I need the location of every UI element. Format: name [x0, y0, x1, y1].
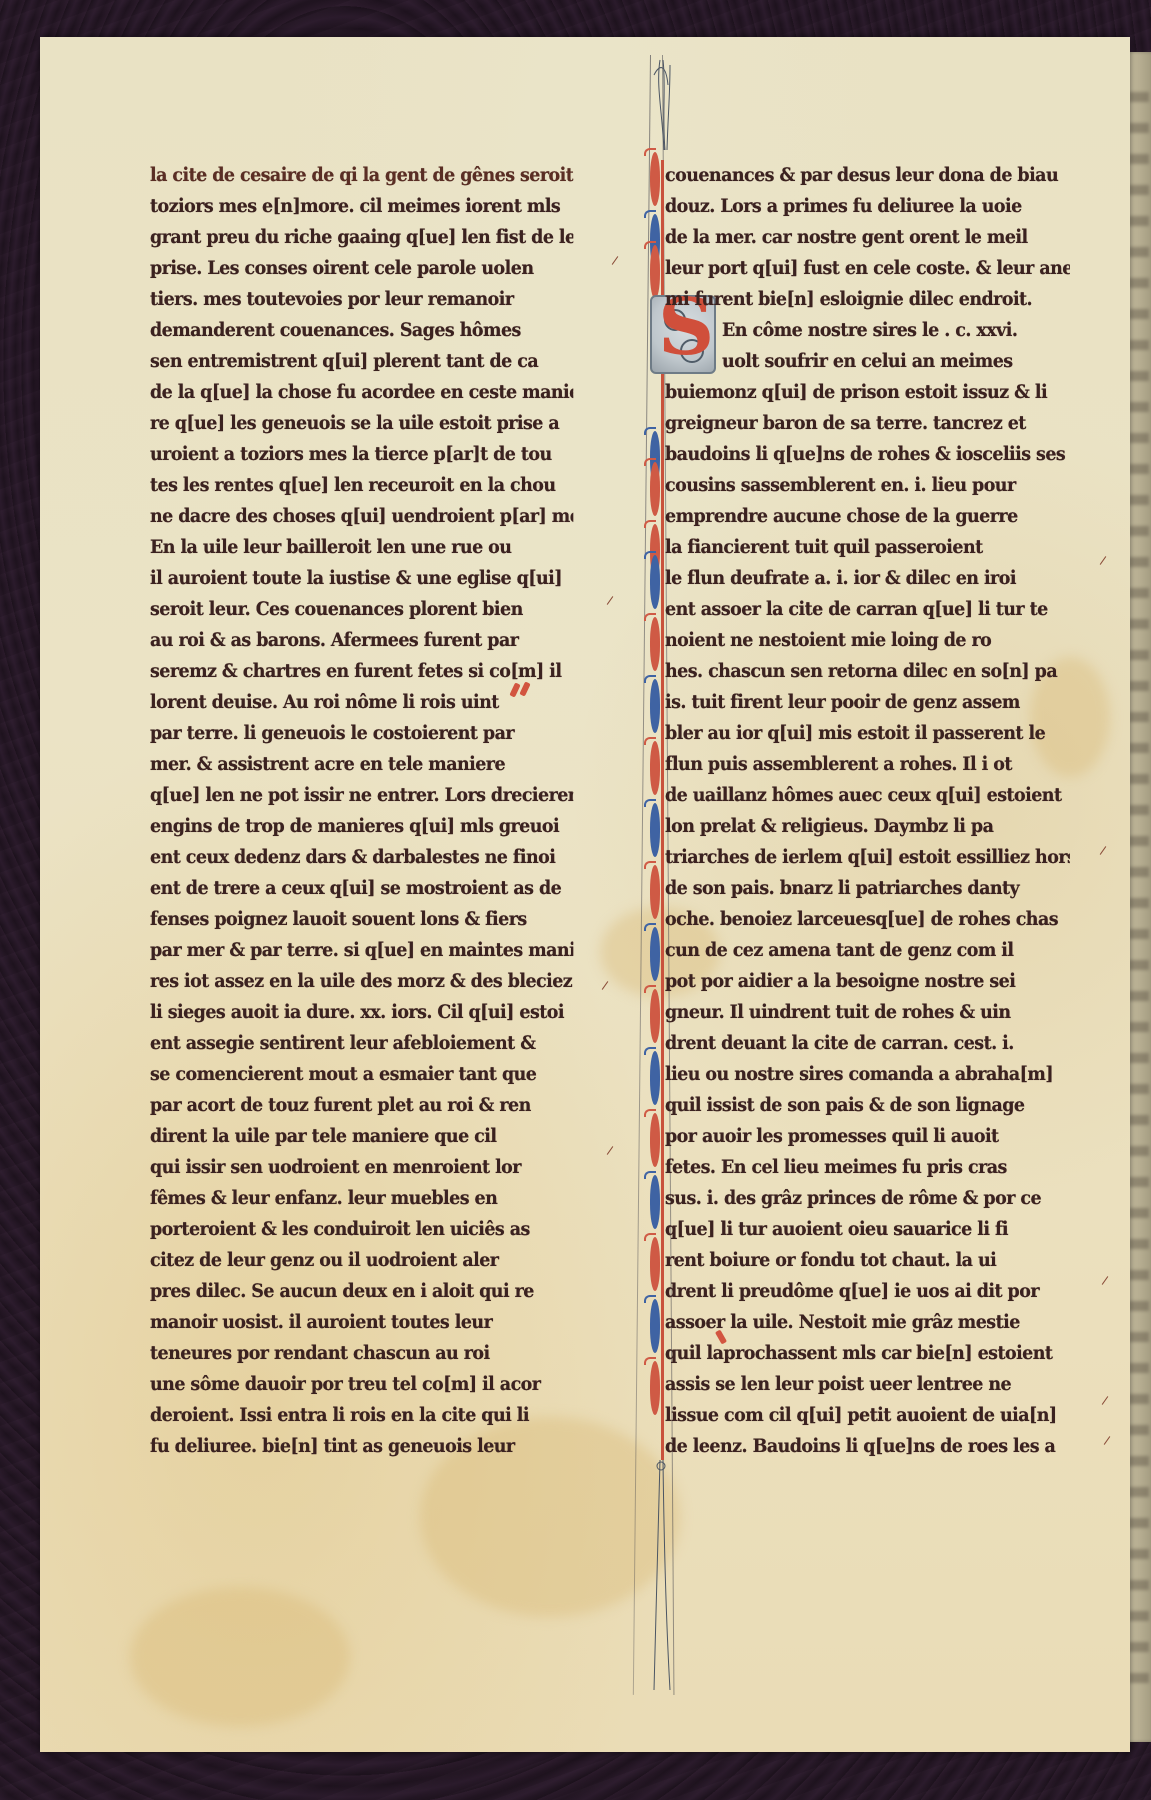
text-line: teneures por rendant chascun au roi	[150, 1338, 573, 1369]
paragraph-mark	[650, 555, 660, 609]
text-line: res iot assez en la uile des morz & des …	[150, 966, 573, 997]
pen-flourish-icon	[644, 210, 656, 218]
text-line: uroient a toziors mes la tierce p[ar]t d…	[150, 439, 573, 470]
text-line: fetes. En cel lieu meimes fu pris cras	[665, 1152, 1070, 1183]
pen-flourish-icon	[644, 613, 656, 621]
text-line: seroit leur. Ces couenances plorent bien	[150, 594, 573, 625]
text-line: le flun deufrate a. i. ior & dilec en ir…	[665, 563, 1070, 594]
text-line: En côme nostre sires le . c. xxvi.	[665, 315, 1070, 346]
pen-flourish-icon	[644, 1171, 656, 1179]
paragraph-mark	[650, 1237, 660, 1291]
text-line: pot por aidier a la besoigne nostre sei	[665, 966, 1070, 997]
text-column-b: couenances & par desus leur dona de biau…	[665, 160, 1105, 1462]
text-line: grant preu du riche gaaing q[ue] len fis…	[150, 222, 573, 253]
text-line: par mer & par terre. si q[ue] en maintes…	[150, 935, 573, 966]
text-line: couenances & par desus leur dona de biau	[665, 160, 1070, 191]
text-line: rent boiure or fondu tot chaut. la ui	[665, 1245, 1070, 1276]
text-line: En la uile leur bailleroit len une rue o…	[150, 532, 573, 563]
text-line: engins de trop de manieres q[ui] mls gre…	[150, 811, 573, 842]
text-line: de la mer. car nostre gent orent le meil	[665, 222, 1070, 253]
paragraph-mark	[650, 865, 660, 919]
text-line: hes. chascun sen retorna dilec en so[n] …	[665, 656, 1070, 687]
text-line: uolt soufrir en celui an meimes	[665, 346, 1070, 377]
text-line: de leenz. Baudoins li q[ue]ns de roes le…	[665, 1431, 1070, 1462]
text-line: tiers. mes toutevoies por leur remanoir	[150, 284, 573, 315]
text-line: deroient. Issi entra li rois en la cite …	[150, 1400, 573, 1431]
text-line: quil laprochassent mls car bie[n] estoie…	[665, 1338, 1070, 1369]
pen-flourish-icon	[644, 1109, 656, 1117]
text-line: ne dacre des choses q[ui] uendroient p[a…	[150, 501, 573, 532]
text-line: re q[ue] les geneuois se la uile estoit …	[150, 408, 573, 439]
text-line: porteroient & les conduiroit len uiciês …	[150, 1214, 573, 1245]
text-line: citez de leur genz ou il uodroient aler	[150, 1245, 573, 1276]
pen-flourish-icon	[644, 1233, 656, 1241]
paragraph-mark	[650, 1299, 660, 1353]
text-line: drent deuant la cite de carran. cest. i.	[665, 1028, 1070, 1059]
text-line: gneur. Il uindrent tuit de rohes & uin	[665, 997, 1070, 1028]
paragraph-mark	[650, 927, 660, 981]
pen-flourish-icon	[644, 1047, 656, 1055]
text-line: emprendre aucune chose de la guerre	[665, 501, 1070, 532]
text-line: mi furent bie[n] esloignie dilec endroit…	[665, 284, 1070, 315]
text-line: de uaillanz hômes auec ceux q[ui] estoie…	[665, 780, 1070, 811]
text-line: de son pais. bnarz li patriarches danty	[665, 873, 1070, 904]
text-line: greigneur baron de sa terre. tancrez et	[665, 408, 1070, 439]
text-line: drent li preudôme q[ue] ie uos ai dit po…	[665, 1276, 1070, 1307]
text-line: mer. & assistrent acre en tele maniere	[150, 749, 573, 780]
text-line: ent assoer la cite de carran q[ue] li tu…	[665, 594, 1070, 625]
text-line: la fiancierent tuit quil passeroient	[665, 532, 1070, 563]
text-column-a: la cite de cesaire de qi la gent de gêne…	[150, 160, 610, 1462]
paragraph-mark	[650, 462, 660, 516]
show-through-text	[1129, 92, 1149, 1692]
text-line: qui issir sen uodroient en menroient lor	[150, 1152, 573, 1183]
paragraph-mark	[650, 1113, 660, 1167]
text-line: cun de cez amena tant de genz com il	[665, 935, 1070, 966]
text-line: q[ue] len ne pot issir ne entrer. Lors d…	[150, 780, 573, 811]
text-line: de la q[ue] la chose fu acordee en ceste…	[150, 377, 573, 408]
text-line: se comencierent mout a esmaier tant que	[150, 1059, 573, 1090]
text-line: flun puis assemblerent a rohes. Il i ot	[665, 749, 1070, 780]
text-line: tes les rentes q[ue] len receuroit en la…	[150, 470, 573, 501]
pen-flourish-icon	[644, 148, 656, 156]
text-line: triarches de ierlem q[ui] estoit essilli…	[665, 842, 1070, 873]
text-line: demanderent couenances. Sages hômes	[150, 315, 573, 346]
text-line: ent de trere a ceux q[ui] se mostroient …	[150, 873, 573, 904]
text-line: toziors mes e[n]more. cil meimes iorent …	[150, 191, 573, 222]
text-line: par acort de touz furent plet au roi & r…	[150, 1090, 573, 1121]
text-line: fenses poignez lauoit souent lons & fier…	[150, 904, 573, 935]
text-line: quil issist de son pais & de son lignage	[665, 1090, 1070, 1121]
text-line: fêmes & leur enfanz. leur muebles en	[150, 1183, 573, 1214]
paragraph-mark	[650, 1361, 660, 1415]
paragraph-mark	[650, 989, 660, 1043]
pen-flourish-icon	[644, 551, 656, 559]
text-line: baudoins li q[ue]ns de rohes & iosceliis…	[665, 439, 1070, 470]
text-line: noient ne nestoient mie loing de ro	[665, 625, 1070, 656]
text-line: douz. Lors a primes fu deliuree la uoie	[665, 191, 1070, 222]
pen-flourish-icon	[644, 1295, 656, 1303]
pen-flourish-icon	[644, 520, 656, 528]
pen-flourish-icon	[644, 861, 656, 869]
text-line: ent assegie sentirent leur afebloiement …	[150, 1028, 573, 1059]
text-line: oche. benoiez larceuesq[ue] de rohes cha…	[665, 904, 1070, 935]
text-line: cousins sassemblerent en. i. lieu pour	[665, 470, 1070, 501]
text-line: bler au ior q[ui] mis estoit il passeren…	[665, 718, 1070, 749]
text-line: lissue com cil q[ui] petit auoient de ui…	[665, 1400, 1070, 1431]
text-line: manoir uosist. il auroient toutes leur	[150, 1307, 573, 1338]
paragraph-mark	[650, 741, 660, 795]
text-line: buiemonz q[ui] de prison estoit issuz & …	[665, 377, 1070, 408]
text-line: assis se len leur poist ueer lentree ne	[665, 1369, 1070, 1400]
parchment-stain	[130, 1587, 350, 1727]
text-line: la cite de cesaire de qi la gent de gêne…	[150, 160, 573, 191]
paragraph-mark	[650, 1175, 660, 1229]
text-line: lieu ou nostre sires comanda a abraha[m]	[665, 1059, 1070, 1090]
text-line: leur port q[ui] fust en cele coste. & le…	[665, 253, 1070, 284]
text-line: prise. Les conses oirent cele parole uol…	[150, 253, 573, 284]
text-line: lon prelat & religieus. Daymbz li pa	[665, 811, 1070, 842]
paragraph-mark	[650, 617, 660, 671]
pen-flourish-icon	[652, 1460, 672, 1690]
pen-flourish-icon	[644, 241, 656, 249]
text-line: sus. i. des grâz princes de rôme & por c…	[665, 1183, 1070, 1214]
pen-flourish-icon	[644, 923, 656, 931]
text-line: pres dilec. Se aucun deux en i aloit qui…	[150, 1276, 573, 1307]
text-line: une sôme dauoir por treu tel co[m] il ac…	[150, 1369, 573, 1400]
text-line: assoer la uile. Nestoit mie grâz mestie	[665, 1307, 1070, 1338]
text-line: il auroient toute la iustise & une eglis…	[150, 563, 573, 594]
text-line: dirent la uile par tele maniere que cil	[150, 1121, 573, 1152]
pen-flourish-icon	[644, 675, 656, 683]
text-line: par terre. li geneuois le costoierent pa…	[150, 718, 573, 749]
text-line: por auoir les promesses quil li auoit	[665, 1121, 1070, 1152]
text-line: au roi & as barons. Afermees furent par	[150, 625, 573, 656]
pen-flourish-icon	[644, 1357, 656, 1365]
pen-flourish-icon	[644, 458, 656, 466]
text-line: ent ceux dedenz dars & darbalestes ne fi…	[150, 842, 573, 873]
text-line: is. tuit firent leur pooir de genz assem	[665, 687, 1070, 718]
paragraph-mark	[650, 679, 660, 733]
pen-flourish-icon	[644, 985, 656, 993]
paragraph-mark	[650, 1051, 660, 1105]
text-line: seremz & chartres en furent fetes si co[…	[150, 656, 573, 687]
pen-flourish-icon	[644, 427, 656, 435]
paragraph-mark	[650, 152, 660, 206]
text-line: li sieges auoit ia dure. xx. iors. Cil q…	[150, 997, 573, 1028]
text-line: sen entremistrent q[ui] plerent tant de …	[150, 346, 573, 377]
text-line: q[ue] li tur auoient oieu sauarice li fi	[665, 1214, 1070, 1245]
pen-flourish-icon	[648, 55, 678, 155]
pen-flourish-icon	[644, 799, 656, 807]
text-line: fu deliuree. bie[n] tint as geneuois leu…	[150, 1431, 573, 1462]
paragraph-mark	[650, 803, 660, 857]
pen-flourish-icon	[644, 737, 656, 745]
